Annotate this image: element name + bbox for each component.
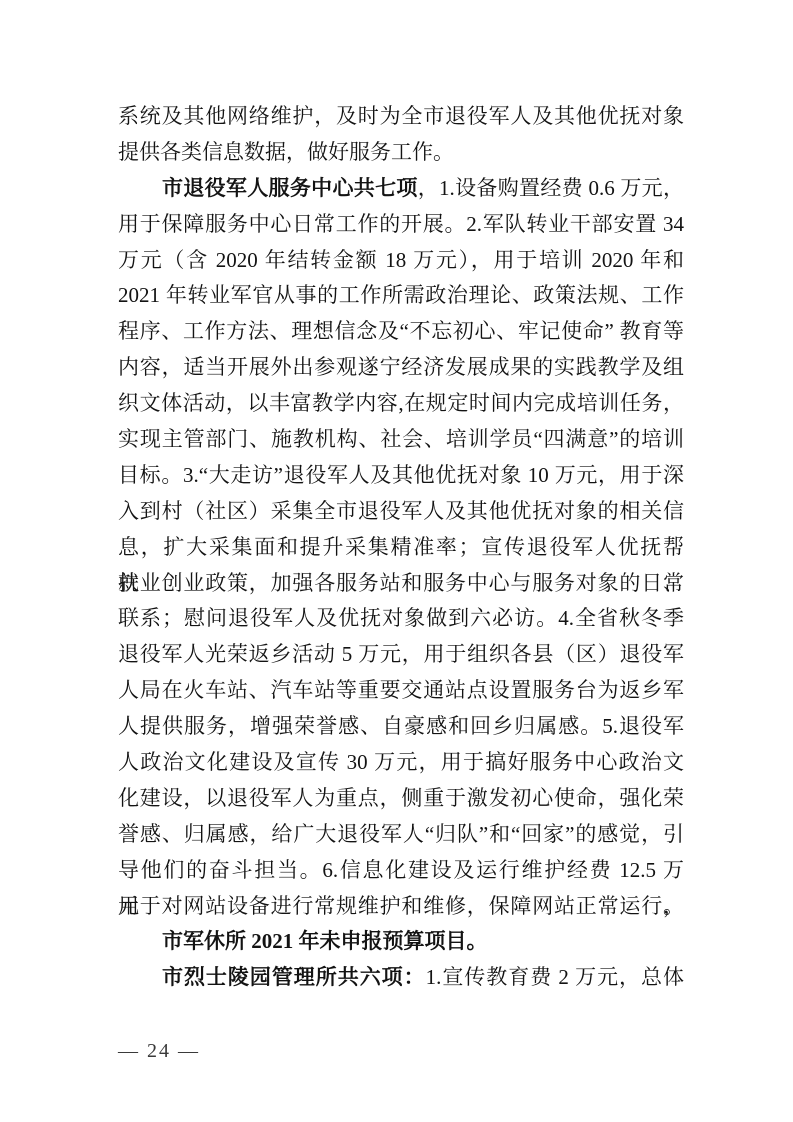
bold-text-segment: 市退役军人服务中心共七项 [162,176,418,200]
text-line: 人提供服务，增强荣誉感、自豪感和回乡归属感。5.退役军 [118,709,684,745]
text-segment: 用于保障服务中心日常工作的开展。2.军队转业干部安置 34 [118,212,684,236]
text-segment: 联系；慰问退役军人及优抚对象做到六必访。4.全省秋冬季 [118,606,684,630]
text-body: 系统及其他网络维护，及时为全市退役军人及其他优抚对象提供各类信息数据，做好服务工… [118,99,684,996]
text-line: 退役军人光荣返乡活动 5 万元，用于组织各县（区）退役军 [118,637,684,673]
text-line: 化建设，以退役军人为重点，侧重于激发初心使命，强化荣 [118,781,684,817]
text-line: 导他们的奋斗担当。6.信息化建设及运行维护经费 12.5 万元， [118,853,684,889]
text-segment: 就业创业政策，加强各服务站和服务中心与服务对象的日常 [118,571,684,595]
text-line: 用于保障服务中心日常工作的开展。2.军队转业干部安置 34 [118,207,684,243]
text-line: 人政治文化建设及宣传 30 万元，用于搞好服务中心政治文 [118,745,684,781]
text-segment: 程序、工作方法、理想信念及“不忘初心、牢记使命” 教育等 [118,319,684,343]
page-number: — 24 — [118,1040,200,1063]
text-line: 市烈士陵园管理所共六项：1.宣传教育费 2 万元，总体 [118,960,684,996]
text-segment: 入到村（社区）采集全市退役军人及其他优抚对象的相关信 [118,499,684,523]
bold-text-segment: 市军休所 2021 年未申报预算项目。 [162,929,488,953]
text-segment: 人政治文化建设及宣传 30 万元，用于搞好服务中心政治文 [118,750,684,774]
text-segment: 目标。3.“大走访”退役军人及其他优抚对象 10 万元，用于深 [118,463,684,487]
text-line: 市军休所 2021 年未申报预算项目。 [118,924,684,960]
text-segment: 万元（含 2020 年结转金额 18 万元），用于培训 2020 年和 [118,248,684,272]
text-segment: 1.宣传教育费 2 万元，总体 [426,965,684,989]
text-line: 程序、工作方法、理想信念及“不忘初心、牢记使命” 教育等 [118,314,684,350]
text-line: 就业创业政策，加强各服务站和服务中心与服务对象的日常 [118,566,684,602]
text-segment: 提供各类信息数据，做好服务工作。 [118,140,454,164]
text-segment: 退役军人光荣返乡活动 5 万元，用于组织各县（区）退役军 [118,642,684,666]
text-line: 2021 年转业军官从事的工作所需政治理论、政策法规、工作 [118,278,684,314]
text-line: 人局在火车站、汽车站等重要交通站点设置服务台为返乡军 [118,673,684,709]
text-line: 内容，适当开展外出参观遂宁经济发展成果的实践教学及组 [118,350,684,386]
text-segment: 誉感、归属感，给广大退役军人“归队”和“回家”的感觉，引 [118,822,684,846]
text-line: 提供各类信息数据，做好服务工作。 [118,135,684,171]
text-segment: 内容，适当开展外出参观遂宁经济发展成果的实践教学及组 [118,355,684,379]
text-line: 系统及其他网络维护，及时为全市退役军人及其他优抚对象 [118,99,684,135]
text-segment: 2021 年转业军官从事的工作所需政治理论、政策法规、工作 [118,283,684,307]
text-line: 联系；慰问退役军人及优抚对象做到六必访。4.全省秋冬季 [118,601,684,637]
text-line: 息，扩大采集面和提升采集精准率；宣传退役军人优抚帮扶、 [118,530,684,566]
text-line: 入到村（社区）采集全市退役军人及其他优抚对象的相关信 [118,494,684,530]
text-line: 誉感、归属感，给广大退役军人“归队”和“回家”的感觉，引 [118,817,684,853]
text-line: 实现主管部门、施教机构、社会、培训学员“四满意”的培训 [118,422,684,458]
text-line: 市退役军人服务中心共七项，1.设备购置经费 0.6 万元， [118,171,684,207]
text-line: 织文体活动，以丰富教学内容,在规定时间内完成培训任务， [118,386,684,422]
text-line: 目标。3.“大走访”退役军人及其他优抚对象 10 万元，用于深 [118,458,684,494]
text-segment: 化建设，以退役军人为重点，侧重于激发初心使命，强化荣 [118,786,684,810]
text-line: 万元（含 2020 年结转金额 18 万元），用于培训 2020 年和 [118,243,684,279]
bold-text-segment: 市烈士陵园管理所共六项： [162,965,426,989]
text-segment: 系统及其他网络维护，及时为全市退役军人及其他优抚对象 [118,104,684,128]
text-segment: ，1.设备购置经费 0.6 万元， [418,176,684,200]
text-line: 用于对网站设备进行常规维护和维修，保障网站正常运行。 [118,889,684,925]
document-page: 系统及其他网络维护，及时为全市退役军人及其他优抚对象提供各类信息数据，做好服务工… [0,0,793,1122]
text-segment: 用于对网站设备进行常规维护和维修，保障网站正常运行。 [118,894,684,918]
text-segment: 人局在火车站、汽车站等重要交通站点设置服务台为返乡军 [118,678,684,702]
text-segment: 织文体活动，以丰富教学内容,在规定时间内完成培训任务， [118,391,684,415]
text-segment: 人提供服务，增强荣誉感、自豪感和回乡归属感。5.退役军 [118,714,684,738]
text-segment: 实现主管部门、施教机构、社会、培训学员“四满意”的培训 [118,427,684,451]
